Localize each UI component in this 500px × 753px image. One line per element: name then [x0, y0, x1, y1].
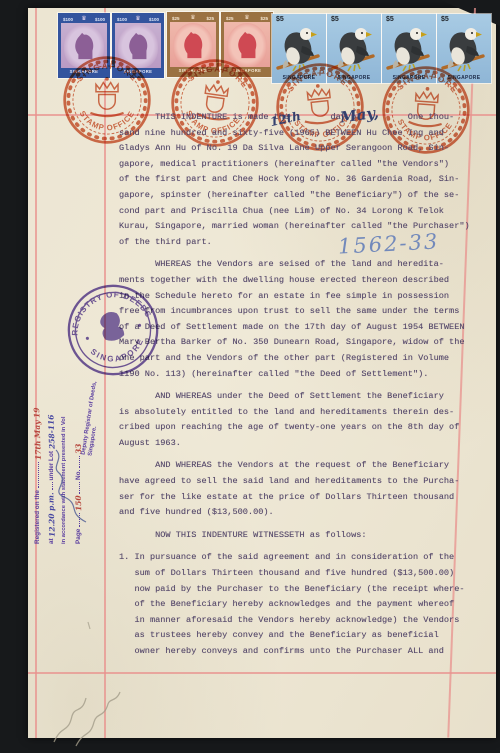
handwritten-registration-date: 17th May 19 — [30, 408, 45, 461]
typewritten-line: owner hereby conveys and confirms unto t… — [119, 644, 475, 660]
paragraph: NOW THIS INDENTURE WITNESSETH as follows… — [119, 528, 475, 544]
typewritten-line: of a Deed of Settlement made on the 17th… — [119, 320, 475, 336]
stamp-value-label: $100 — [149, 17, 159, 22]
stamp-value-label: $25 — [172, 16, 180, 21]
handwritten-lot-number: 258-116 — [44, 415, 58, 450]
typewritten-line: gapore, medical practitioners (hereinaft… — [119, 157, 475, 173]
crown-icon: ♛ — [135, 17, 140, 22]
typewritten-line: August 1963. — [119, 436, 475, 452]
typewritten-line: have agreed to sell the said land and he… — [119, 474, 475, 490]
stamp-value-label: $25 — [206, 16, 214, 21]
typewritten-line: NOW THIS INDENTURE WITNESSETH as follows… — [119, 528, 475, 544]
typewritten-line: ments together with the dwelling house e… — [119, 273, 475, 289]
typewritten-line: cond part and Priscilla Chua (nee Lim) o… — [119, 204, 475, 220]
crown-icon: ♛ — [190, 16, 195, 21]
registration-label: Page — [75, 529, 82, 544]
stamp-value-label: $100 — [63, 17, 73, 22]
registration-stamp-block: Registered on the 17th May 19 at 12.20 p… — [30, 372, 114, 544]
crown-icon: ♛ — [81, 17, 86, 22]
typewritten-line: one part and the Vendors of the other pa… — [119, 351, 475, 367]
registration-label: Registered on the — [34, 490, 41, 544]
typewritten-line: and five hundred ($13,500.00). — [119, 505, 475, 521]
paragraph: AND WHEREAS the Vendors at the request o… — [119, 458, 475, 520]
paragraph: AND WHEREAS under the Deed of Settlement… — [119, 389, 475, 451]
typewritten-line: ser for the like estate at the price of … — [119, 490, 475, 506]
typewritten-line: sum of Dollars Thirteen thousand and fiv… — [119, 566, 475, 582]
stamp-value-label: $25 — [226, 16, 234, 21]
typewritten-line: is absolutely entitled to the land and h… — [119, 405, 475, 421]
scanned-document-page: { "colors": { "seal": "#cf4f28", "regist… — [0, 0, 500, 753]
typewritten-line: cribed upon reaching the age of twenty-o… — [119, 420, 475, 436]
paragraph: 1. In pursuance of the said agreement an… — [119, 550, 475, 659]
typewritten-line: 1. In pursuance of the said agreement an… — [119, 550, 475, 566]
typewritten-line: AND WHEREAS under the Deed of Settlement… — [119, 389, 475, 405]
typewritten-line: of the first part and Chee Hock Yong of … — [119, 172, 475, 188]
typewritten-line: now paid by the Purchaser to the Benefic… — [119, 582, 475, 598]
typewritten-line: Gladys Ann Hu of No. 19 Da Silva Lane Up… — [119, 141, 475, 157]
stamp-value-label: $100 — [95, 17, 105, 22]
typewritten-line: sand nine hundred and sixty-five (1965) … — [119, 126, 475, 142]
pencil-tick — [84, 620, 94, 632]
paragraph: WHEREAS the Vendors are seised of the la… — [119, 257, 475, 382]
stamp-value-label: $100 — [117, 17, 127, 22]
typewritten-line: in the Schedule hereto for an estate in … — [119, 289, 475, 305]
typewritten-line: 1190 No. 113) (hereinafter called "the D… — [119, 367, 475, 383]
typewritten-line: as trustees hereby convey and the Benefi… — [119, 628, 475, 644]
typewritten-line: WHEREAS the Vendors are seised of the la… — [119, 257, 475, 273]
typewritten-line: of the Beneficiary hereby acknowledges a… — [119, 597, 475, 613]
crown-icon: ♛ — [244, 16, 249, 21]
typewritten-body: THIS INDENTURE is made the day of One th… — [119, 110, 475, 667]
typewritten-line: Mary Bertha Barker of No. 350 Dunearn Ro… — [119, 335, 475, 351]
typewritten-line: AND WHEREAS the Vendors at the request o… — [119, 458, 475, 474]
stamp-value-label: $25 — [260, 16, 268, 21]
pencil-scribble — [42, 666, 134, 750]
registrar-signature-scribble — [48, 446, 94, 526]
typewritten-line: in manner aforesaid the Vendors hereby a… — [119, 613, 475, 629]
registration-label: at — [48, 538, 55, 544]
registration-line-registered: Registered on the 17th May 19 — [30, 372, 44, 544]
typewritten-line: free from incumbrances upon trust to sel… — [119, 304, 475, 320]
typewritten-line: gapore, spinster (hereinafter called "th… — [119, 188, 475, 204]
